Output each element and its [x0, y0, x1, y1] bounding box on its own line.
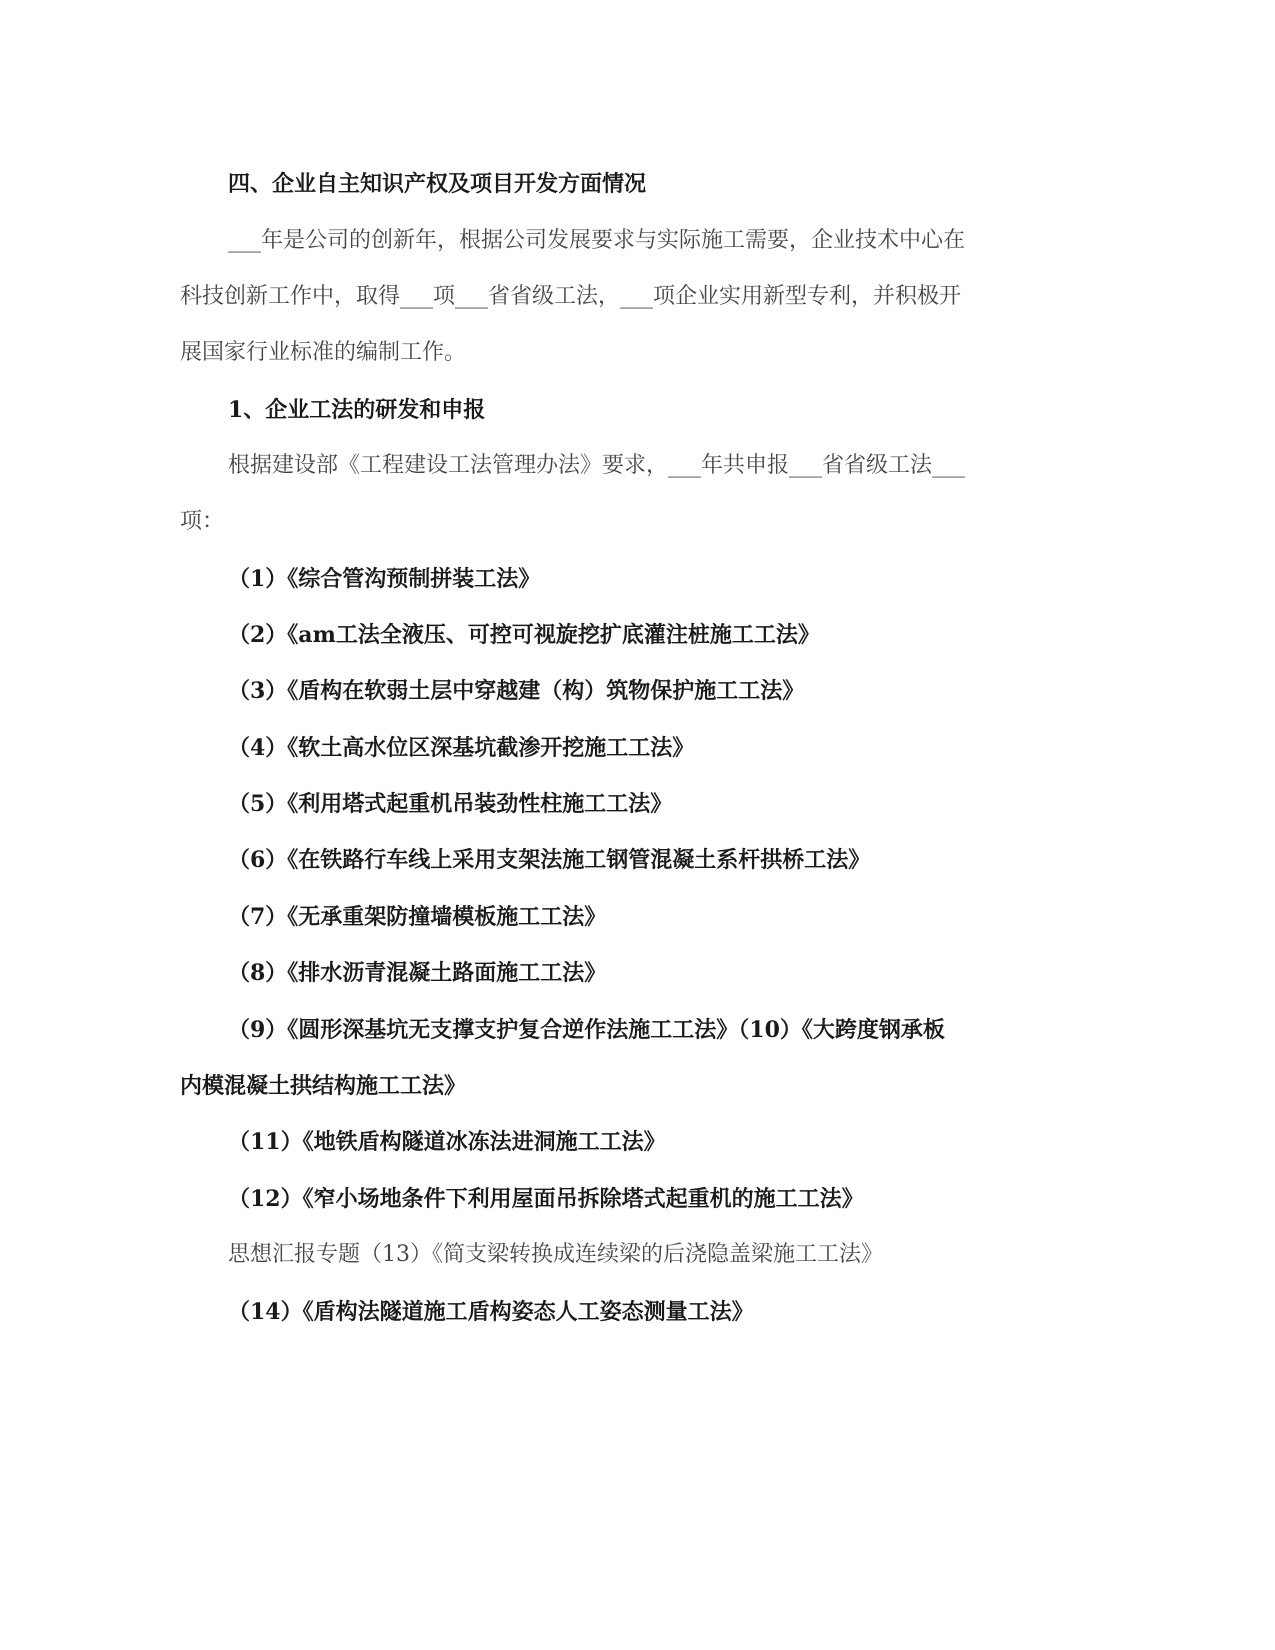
list-item: （12）《窄小场地条件下利用屋面吊拆除塔式起重机的施工工法》	[228, 1185, 864, 1213]
list-item: （14）《盾构法隧道施工盾构姿态人工姿态测量工法》	[228, 1298, 754, 1326]
intro-line-3: 展国家行业标准的编制工作。	[180, 339, 466, 367]
list-item-continuation: 内模混凝土拱结构施工工法》	[180, 1072, 466, 1100]
list-item: （5）《利用塔式起重机吊装劲性柱施工工法》	[228, 790, 672, 818]
intro-line-1: ___年是公司的创新年，根据公司发展要求与实际施工需要，企业技术中心在	[228, 227, 965, 255]
list-item: （2）《am工法全液压、可控可视旋挖扩底灌注桩施工工法》	[228, 621, 820, 649]
list-item: （9）《圆形深基坑无支撑支护复合逆作法施工工法》（10）《大跨度钢承板	[228, 1016, 945, 1044]
section-heading: 四、企业自主知识产权及项目开发方面情况	[228, 170, 646, 198]
declare-line-1: 根据建设部《工程建设工法管理办法》要求，___年共申报___省省级工法___	[228, 452, 965, 480]
declare-line-2: 项：	[180, 508, 224, 536]
list-item: （8）《排水沥青混凝土路面施工工法》	[228, 959, 606, 987]
list-item: 思想汇报专题（13）《简支梁转换成连续梁的后浇隐盖梁施工工法》	[228, 1241, 883, 1269]
list-item: （1）《综合管沟预制拼装工法》	[228, 565, 540, 593]
list-item: （11）《地铁盾构隧道冰冻法进洞施工工法》	[228, 1128, 666, 1156]
subheading: 1、企业工法的研发和申报	[228, 396, 485, 424]
list-item: （4）《软土高水位区深基坑截渗开挖施工工法》	[228, 734, 694, 762]
list-item: （6）《在铁路行车线上采用支架法施工钢管混凝土系杆拱桥工法》	[228, 846, 870, 874]
list-item: （7）《无承重架防撞墙模板施工工法》	[228, 903, 606, 931]
intro-line-2: 科技创新工作中，取得___项___省省级工法，___项企业实用新型专利，并积极开	[180, 283, 961, 311]
list-item: （3）《盾构在软弱土层中穿越建（构）筑物保护施工工法》	[228, 677, 804, 705]
